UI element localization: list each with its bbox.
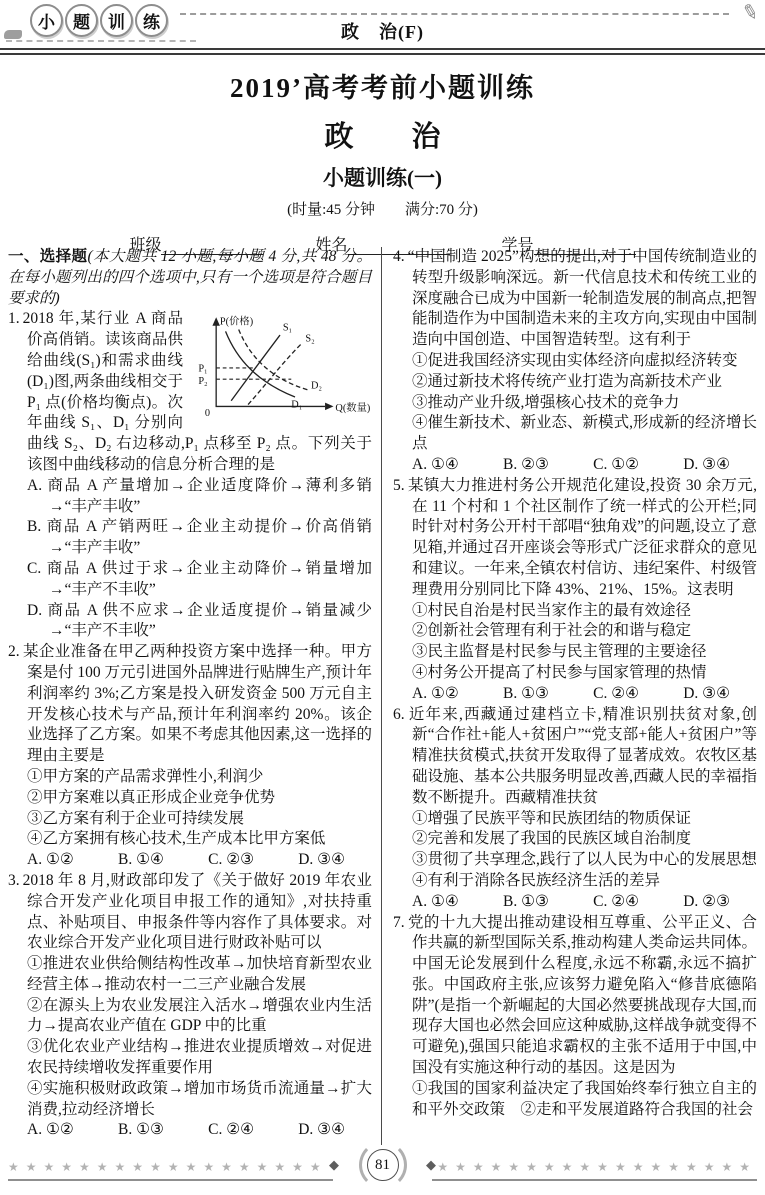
question-1: P(价格) Q(数量) 0 S₁ S₂ D₁ D₂ P₁ P₂ 1.2018 年… [8, 309, 372, 642]
page-footer: ★★★★★★★★★★★★★★★★★★ ◆ 81 ◆ ★★★★★★★★★★★★★★… [0, 1139, 765, 1195]
statement-3: ③民主监督是村民参与民主管理的主要途径 [412, 642, 757, 663]
y-axis-arrow [212, 318, 220, 326]
statement-2: ②在源头上为农业发展注入活水→增强农业内生活力→提高农业产值在 GDP 中的比重 [27, 996, 372, 1038]
page-number-badge: 81 [359, 1141, 407, 1189]
logo-circle-char: 训 [100, 4, 133, 37]
logo-xiaoti-xunlian: 小 题 训 练 [30, 4, 170, 37]
right-column: 4.“中国制造 2025”构想的提出,对于中国传统制造业的转型升级影响深远。新一… [381, 247, 757, 1145]
demand-curve-d1 [226, 332, 295, 398]
diamond-icon: ◆ [329, 1158, 339, 1173]
p2-label: P₂ [198, 376, 208, 387]
answer-row: A. ①②B. ①④C. ②③D. ③④ [27, 850, 345, 871]
statement-1: ①甲方案的产品需求弹性小,利润少 [27, 767, 372, 788]
question-number: 6. [393, 706, 408, 723]
star-row: ★★★★★★★★★★★★★★★★★★ [437, 1160, 757, 1174]
question-3-stem: 3.2018 年 8 月,财政部印发了《关于做好 2019 年农业综合开发产业化… [8, 871, 372, 954]
diamond-icon: ◆ [426, 1158, 436, 1173]
statement-4: ④乙方案拥有核心技术,生产成本比甲方案低 [27, 829, 372, 850]
statement-1: ①增强了民族平等和民族团结的物质保证 [412, 809, 757, 830]
statement-2: ②通过新技术将传统产业打造为高新技术产业 [412, 372, 757, 393]
choice-c: C.商品 A 供过于求→企业主动降价→销量增加→“丰产不丰收” [27, 559, 372, 601]
choice-d: D.商品 A 供不应求→企业适度提价→销量减少→“丰产不丰收” [27, 601, 372, 643]
star-divider-right: ◆ ★★★★★★★★★★★★★★★★★★ [432, 1160, 757, 1181]
question-text: 近年来,西藏通过建档立卡,精准识别扶贫对象,创新“合作社+能人+贫困户”“党支部… [408, 706, 757, 806]
demand-curve-d2 [239, 330, 310, 391]
statement-1: ①我国的国家利益决定了我国始终奉行独立自主的和平外交政策 ②走和平发展道路符合我… [412, 1079, 757, 1121]
answer-row: A. ①④B. ②③C. ①②D. ③④ [412, 455, 730, 476]
statement-2: ②甲方案难以真正形成企业竞争优势 [27, 788, 372, 809]
p1-label: P₁ [198, 364, 207, 375]
d2-label: D₂ [311, 381, 322, 392]
time-score-meta: (时量:45 分钟 满分:70 分) [0, 198, 765, 219]
answer-row: A. ①②B. ①③C. ②④D. ③④ [412, 684, 730, 705]
double-rule-divider [0, 48, 765, 55]
s1-label: S₁ [283, 323, 292, 334]
y-axis-label: P(价格) [220, 315, 253, 328]
question-number: 4. [393, 248, 408, 265]
logo-circle-char: 练 [135, 4, 168, 37]
exam-page: 小 题 训 练 ✎ 政 治(F) 2019’高考考前小题训练 政 治 小题训练(… [0, 0, 765, 1195]
paper-subtitle: 小题训练(一) [0, 162, 765, 192]
page-number: 81 [367, 1149, 399, 1181]
x-axis-label: Q(数量) [335, 402, 370, 415]
question-7: 7.党的十九大提出推动建设相互尊重、公平正义、合作共赢的新型国际关系,推动构建人… [393, 913, 757, 1121]
question-4: 4.“中国制造 2025”构想的提出,对于中国传统制造业的转型升级影响深远。新一… [393, 247, 757, 476]
question-text: “中国制造 2025”构想的提出,对于中国传统制造业的转型升级影响深远。新一代信… [408, 248, 757, 348]
question-5-stem: 5.某镇大力推进村务公开规范化建设,投资 30 余万元,在 11 个村和 1 个… [393, 476, 757, 601]
statement-1: ①推进农业供给侧结构性改革→加快培育新型农业经营主体→推动农村一二三产业融合发展 [27, 954, 372, 996]
question-1-stem: P(价格) Q(数量) 0 S₁ S₂ D₁ D₂ P₁ P₂ 1.2018 年… [8, 309, 372, 475]
star-row: ★★★★★★★★★★★★★★★★★★ [8, 1160, 328, 1174]
origin-label: 0 [205, 408, 210, 419]
answer-row: A. ①④B. ①③C. ②④D. ②③ [412, 892, 730, 913]
question-7-stem: 7.党的十九大提出推动建设相互尊重、公平正义、合作共赢的新型国际关系,推动构建人… [393, 913, 757, 1079]
question-number: 7. [393, 914, 408, 931]
question-number: 3. [8, 872, 23, 889]
d1-label: D₁ [291, 400, 302, 411]
choice-b: B.商品 A 产销两旺→企业主动提价→价高俏销→“丰产丰收” [27, 517, 372, 559]
question-6: 6.近年来,西藏通过建档立卡,精准识别扶贫对象,创新“合作社+能人+贫困户”“党… [393, 705, 757, 913]
question-text: 某企业准备在甲乙两种投资方案中选择一种。甲方案是付 100 万元引进国外品牌进行… [23, 643, 372, 764]
s2-label: S₂ [305, 334, 315, 345]
question-number: 5. [393, 477, 408, 494]
question-text: 党的十九大提出推动建设相互尊重、公平正义、合作共赢的新型国际关系,推动构建人类命… [408, 914, 757, 1077]
logo-circle-char: 题 [65, 4, 98, 37]
statement-1: ①促进我国经济实现由实体经济向虚拟经济转变 [412, 351, 757, 372]
question-5: 5.某镇大力推进村务公开规范化建设,投资 30 余万元,在 11 个村和 1 个… [393, 476, 757, 705]
question-text: 2018 年 8 月,财政部印发了《关于做好 2019 年农业综合开发产业化项目… [23, 872, 372, 951]
left-column: 一、选择题(本大题共 12 小题,每小题 4 分,共 48 分。在每小题列出的四… [8, 247, 381, 1145]
page-title: 2019’高考考前小题训练 [0, 66, 765, 105]
question-3: 3.2018 年 8 月,财政部印发了《关于做好 2019 年农业综合开发产业化… [8, 871, 372, 1141]
choice-a: A.商品 A 产量增加→企业适度降价→薄利多销→“丰产丰收” [27, 476, 372, 518]
statement-2: ②完善和发展了我国的民族区域自治制度 [412, 829, 757, 850]
question-2-stem: 2.某企业准备在甲乙两种投资方案中选择一种。甲方案是付 100 万元引进国外品牌… [8, 642, 372, 767]
question-number: 2. [8, 643, 23, 660]
statement-3: ③推动产业升级,增强核心技术的竞争力 [412, 393, 757, 414]
x-axis-arrow [325, 403, 333, 411]
question-number: 1. [8, 310, 23, 327]
page-header: 小 题 训 练 ✎ 政 治(F) [0, 0, 765, 52]
dashed-rule [180, 13, 729, 15]
statement-3: ③贯彻了共享理念,践行了以人民为中心的发展思想 [412, 850, 757, 871]
question-text: 某镇大力推进村务公开规范化建设,投资 30 余万元,在 11 个村和 1 个社区… [408, 477, 757, 598]
question-6-stem: 6.近年来,西藏通过建档立卡,精准识别扶贫对象,创新“合作社+能人+贫困户”“党… [393, 705, 757, 809]
supply-demand-chart: P(价格) Q(数量) 0 S₁ S₂ D₁ D₂ P₁ P₂ [188, 311, 372, 423]
statement-3: ③乙方案有利于企业可持续发展 [27, 809, 372, 830]
statement-1: ①村民自治是村民当家作主的最有效途径 [412, 601, 757, 622]
statement-4: ④有利于消除各民族经济生活的差异 [412, 871, 757, 892]
statement-4: ④村务公开提高了村民参与国家管理的热情 [412, 663, 757, 684]
subject-title: 政 治 [0, 114, 765, 155]
logo-circle-char: 小 [30, 4, 63, 37]
question-columns: 一、选择题(本大题共 12 小题,每小题 4 分,共 48 分。在每小题列出的四… [8, 247, 757, 1145]
section-intro: 一、选择题(本大题共 12 小题,每小题 4 分,共 48 分。在每小题列出的四… [8, 247, 372, 309]
statement-4: ④催生新技术、新业态、新模式,形成新的经济增长点 [412, 413, 757, 455]
section-intro-lead: 一、选择题 [8, 248, 87, 265]
statement-3: ③优化农业产业结构→推进农业提质增效→对促进农民持续增收发挥重要作用 [27, 1037, 372, 1079]
star-divider-left: ★★★★★★★★★★★★★★★★★★ ◆ [8, 1160, 333, 1181]
question-4-stem: 4.“中国制造 2025”构想的提出,对于中国传统制造业的转型升级影响深远。新一… [393, 247, 757, 351]
statement-4: ④实施积极财政政策→增加市场货币流通量→扩大消费,拉动经济增长 [27, 1079, 372, 1121]
statement-2: ②创新社会管理有利于社会的和谐与稳定 [412, 621, 757, 642]
question-2: 2.某企业准备在甲乙两种投资方案中选择一种。甲方案是付 100 万元引进国外品牌… [8, 642, 372, 871]
